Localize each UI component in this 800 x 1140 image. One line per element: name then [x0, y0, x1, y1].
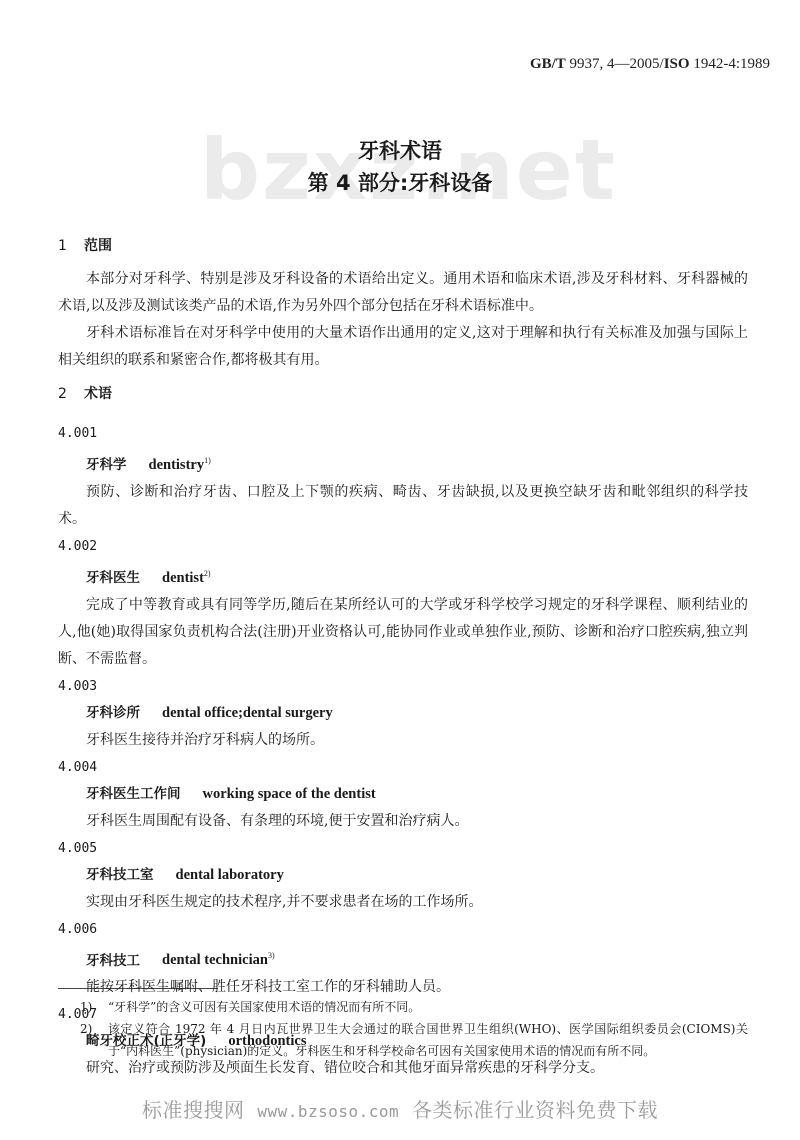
term-english-text: dental laboratory [176, 867, 284, 883]
document-body: 1范围 本部分对牙科学、特别是涉及牙科设备的术语给出定义。通用术语和临床术语,涉… [58, 236, 748, 1082]
term-english: dentistry1) [149, 457, 211, 473]
iso-number: 1942-4:1989 [690, 56, 770, 72]
site-watermark-footer: 标准搜搜网 www.bzsoso.com 各类标准行业资料免费下载 [0, 1094, 800, 1123]
term-english: dental laboratory [176, 867, 284, 883]
standard-prefix: GB/T [530, 56, 566, 72]
term-english: dental technician3) [162, 952, 275, 968]
term-english: dentist2) [162, 570, 211, 586]
section-title: 范围 [84, 238, 112, 254]
scope-paragraph-2: 牙科术语标准旨在对牙科学中使用的大量术语作出通用的定义,这对于理解和执行有关标准… [58, 320, 748, 374]
entry-number: 4.006 [58, 916, 748, 943]
term-entry: 4.004 牙科医生工作间working space of the dentis… [58, 754, 748, 835]
section-heading-scope: 1范围 [58, 236, 748, 256]
standard-code: GB/T 9937, 4—2005/ISO 1942-4:1989 [530, 56, 770, 73]
site-name: 标准搜搜网 [142, 1098, 245, 1122]
section-title: 术语 [84, 386, 112, 402]
section-number: 2 [58, 384, 84, 404]
term-entry: 4.001 牙科学dentistry1) 预防、诊断和治疗牙齿、口腔及上下颚的疾… [58, 420, 748, 533]
term-line: 牙科技工dental technician3) [58, 943, 748, 975]
footnote-ref: 3) [268, 952, 275, 961]
term-english: orthodontics [228, 1033, 306, 1049]
section-heading-terms: 2术语 [58, 384, 748, 404]
term-english: working space of the dentist [203, 786, 376, 802]
term-line: 畸牙校正术(正牙学)orthodontics [58, 1028, 748, 1055]
title-main: 牙科术语 [0, 136, 800, 166]
term-line: 牙科学dentistry1) [58, 447, 748, 479]
term-line: 牙科诊所dental office;dental surgery [58, 700, 748, 727]
term-definition: 牙科医生接待并治疗牙科病人的场所。 [58, 727, 748, 754]
term-definition: 能按牙科医生嘱咐、胜任牙科技工室工作的牙科辅助人员。 [58, 974, 748, 1001]
term-line: 牙科医生工作间working space of the dentist [58, 781, 748, 808]
term-english-text: dental technician [162, 952, 268, 968]
term-entry: 4.006 牙科技工dental technician3) 能按牙科医生嘱咐、胜… [58, 916, 748, 1002]
term-entry: 4.005 牙科技工室dental laboratory 实现由牙科医生规定的技… [58, 835, 748, 916]
term-definition: 预防、诊断和治疗牙齿、口腔及上下颚的疾病、畸齿、牙齿缺损,以及更换空缺牙齿和毗邻… [58, 479, 748, 533]
term-english-text: dental office;dental surgery [162, 705, 333, 721]
term-line: 牙科医生dentist2) [58, 560, 748, 592]
site-slogan: 各类标准行业资料免费下载 [412, 1098, 658, 1122]
term-chinese: 牙科技工室 [86, 867, 154, 883]
footnote-ref: 1) [204, 456, 211, 465]
term-chinese: 牙科医生 [86, 570, 140, 586]
entry-number: 4.002 [58, 533, 748, 560]
term-chinese: 畸牙校正术(正牙学) [86, 1033, 206, 1049]
term-english-text: dentistry [149, 457, 205, 473]
entry-number: 4.004 [58, 754, 748, 781]
term-entry: 4.003 牙科诊所dental office;dental surgery 牙… [58, 673, 748, 754]
term-chinese: 牙科医生工作间 [86, 786, 181, 802]
footnote-ref: 2) [204, 569, 211, 578]
term-chinese: 牙科学 [86, 457, 127, 473]
term-english-text: dentist [162, 570, 204, 586]
term-definition: 牙科医生周围配有设备、有条理的环境,便于安置和治疗病人。 [58, 808, 748, 835]
term-line: 牙科技工室dental laboratory [58, 862, 748, 889]
term-definition: 实现由牙科医生规定的技术程序,并不要求患者在场的工作场所。 [58, 889, 748, 916]
iso-prefix: ISO [664, 56, 690, 72]
section-number: 1 [58, 236, 84, 256]
term-entry: 4.002 牙科医生dentist2) 完成了中等教育或具有同等学历,随后在某所… [58, 533, 748, 673]
term-definition: 完成了中等教育或具有同等学历,随后在某所经认可的大学或牙科学校学习规定的牙科学课… [58, 592, 748, 673]
site-url[interactable]: www.bzsoso.com [257, 1102, 399, 1121]
scope-paragraph-1: 本部分对牙科学、特别是涉及牙科设备的术语给出定义。通用术语和临床术语,涉及牙科材… [58, 266, 748, 320]
term-english: dental office;dental surgery [162, 705, 333, 721]
entry-number: 4.007 [58, 1001, 748, 1028]
term-english-text: working space of the dentist [203, 786, 376, 802]
term-english-text: orthodontics [228, 1033, 306, 1049]
term-entry: 4.007 畸牙校正术(正牙学)orthodontics 研究、治疗或预防涉及颅… [58, 1001, 748, 1082]
term-definition: 研究、治疗或预防涉及颅面生长发育、错位咬合和其他牙面异常疾患的牙科学分支。 [58, 1055, 748, 1082]
entry-number: 4.005 [58, 835, 748, 862]
term-chinese: 牙科技工 [86, 952, 140, 968]
standard-number: 9937, 4—2005/ [566, 56, 664, 72]
term-chinese: 牙科诊所 [86, 705, 140, 721]
entry-number: 4.003 [58, 673, 748, 700]
document-title: 牙科术语 第 4 部分:牙科设备 [0, 136, 800, 200]
entry-number: 4.001 [58, 420, 748, 447]
title-part: 第 4 部分:牙科设备 [0, 166, 800, 200]
